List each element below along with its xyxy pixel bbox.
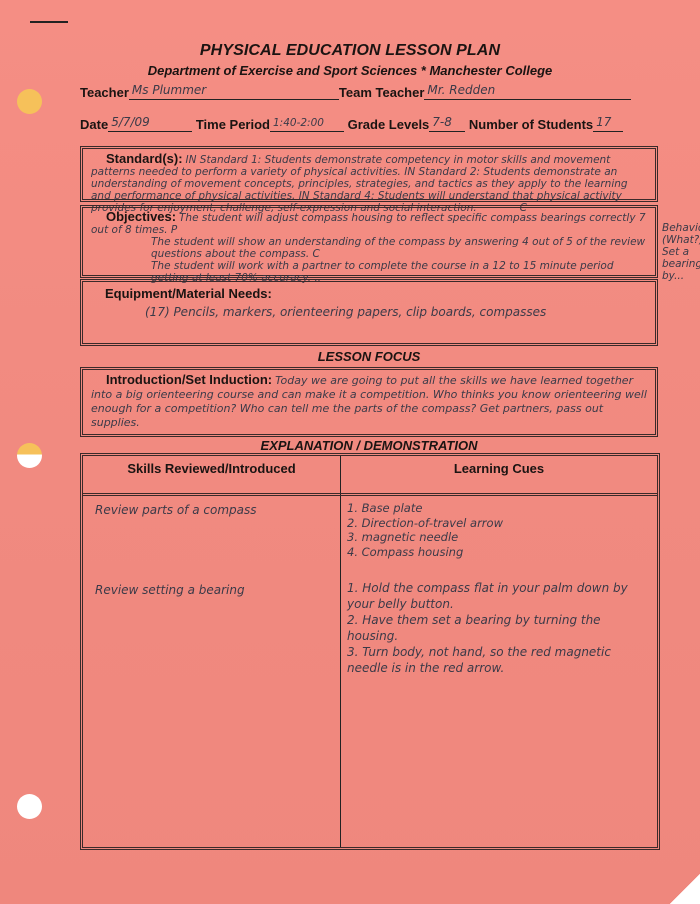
- teacher-value: Ms Plummer: [132, 83, 206, 97]
- number-of-students-value: 17: [596, 115, 611, 129]
- teacher-label: Teacher: [80, 85, 129, 100]
- equipment-box[interactable]: Equipment/Material Needs: (17) Pencils, …: [80, 279, 658, 346]
- team-teacher-label: Team Teacher: [339, 85, 425, 100]
- explanation-heading: EXPLANATION / DEMONSTRATION: [80, 438, 658, 453]
- page-corner-curl: [670, 874, 700, 904]
- time-period-value: 1:40-2:00: [273, 117, 324, 129]
- details-row: Date5/7/09 Time Period1:40-2:00 Grade Le…: [80, 114, 623, 132]
- skills-cues-table: Skills Reviewed/Introduced Learning Cues…: [80, 453, 660, 850]
- time-period-field[interactable]: 1:40-2:00: [270, 114, 344, 132]
- margin-note: Behavior (What?) Set a bearing by...: [662, 222, 700, 282]
- cue-item: 4. Compass housing: [347, 545, 655, 560]
- number-of-students-label: Number of Students: [469, 117, 593, 132]
- equipment-text: (17) Pencils, markers, orienteering pape…: [105, 305, 649, 319]
- cue-item: 3. magnetic needle: [347, 530, 655, 545]
- cue-item: 1. Base plate: [347, 501, 655, 516]
- date-label: Date: [80, 117, 108, 132]
- cues-row-2[interactable]: 1. Hold the compass flat in your palm do…: [347, 580, 647, 676]
- objectives-label: Objectives:: [91, 209, 176, 224]
- objectives-box[interactable]: Objectives: The student will adjust comp…: [80, 205, 658, 278]
- cue-item: 1. Hold the compass flat in your palm do…: [347, 580, 647, 612]
- column-divider: [340, 456, 341, 847]
- team-teacher-value: Mr. Redden: [427, 83, 495, 97]
- cues-column-header: Learning Cues: [341, 461, 657, 476]
- objective-item: The student will show an understanding o…: [151, 236, 645, 260]
- team-teacher-field[interactable]: Mr. Redden: [424, 82, 631, 100]
- teacher-field[interactable]: Ms Plummer: [129, 82, 339, 100]
- number-of-students-field[interactable]: 17: [593, 114, 623, 132]
- skill-row-2[interactable]: Review setting a bearing: [95, 583, 245, 597]
- punch-hole-top: [17, 89, 42, 114]
- header-divider: [83, 493, 657, 496]
- date-value: 5/7/09: [111, 115, 150, 129]
- grade-levels-field[interactable]: 7-8: [429, 114, 465, 132]
- date-field[interactable]: 5/7/09: [108, 114, 192, 132]
- cue-item: 3. Turn body, not hand, so the red magne…: [347, 644, 647, 676]
- cue-item: 2. Have them set a bearing by turning th…: [347, 612, 647, 644]
- skills-column-header: Skills Reviewed/Introduced: [83, 461, 340, 476]
- time-period-label: Time Period: [196, 117, 270, 132]
- punch-hole-bottom: [17, 794, 42, 819]
- skill-row-1[interactable]: Review parts of a compass: [95, 503, 257, 517]
- standards-label: Standard(s):: [91, 151, 183, 166]
- cues-row-1[interactable]: 1. Base plate 2. Direction-of-travel arr…: [347, 501, 655, 559]
- document-title: PHYSICAL EDUCATION LESSON PLAN: [0, 42, 700, 60]
- teacher-row: TeacherMs PlummerTeam TeacherMr. Redden: [80, 82, 631, 100]
- introduction-box[interactable]: Introduction/Set Induction: Today we are…: [80, 367, 658, 437]
- pen-mark: [30, 21, 68, 23]
- grade-levels-value: 7-8: [432, 115, 452, 129]
- lesson-focus-heading: LESSON FOCUS: [80, 349, 658, 364]
- cue-item: 2. Direction-of-travel arrow: [347, 516, 655, 531]
- standards-box[interactable]: Standard(s): IN Standard 1: Students dem…: [80, 146, 658, 202]
- punch-hole-middle: [17, 443, 42, 468]
- grade-levels-label: Grade Levels: [348, 117, 430, 132]
- equipment-label: Equipment/Material Needs:: [105, 286, 649, 301]
- document-subtitle: Department of Exercise and Sport Science…: [0, 63, 700, 78]
- introduction-label: Introduction/Set Induction:: [91, 372, 272, 387]
